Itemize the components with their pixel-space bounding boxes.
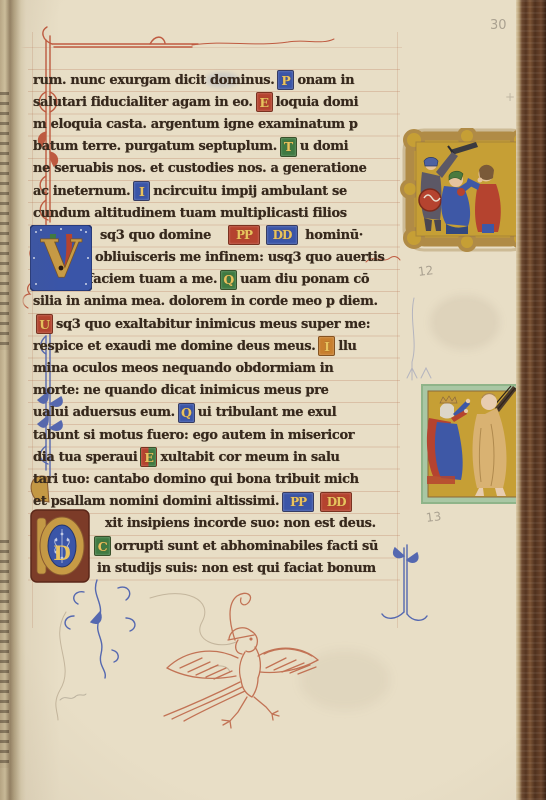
illuminated-initial-t: T bbox=[280, 137, 297, 157]
text-run: ncircuitu impij ambulant se bbox=[153, 184, 347, 199]
manuscript-text-line: morte: ne quando dicat inimicus meus pre bbox=[33, 380, 399, 402]
text-run: silia in anima mea. dolorem in corde meo… bbox=[33, 294, 378, 309]
pencil-plus-mark: + bbox=[505, 90, 515, 104]
manuscript-text-line: salutari fiducialiter agam in eo.Eloquia… bbox=[33, 91, 399, 113]
facing-page-text-sliver bbox=[0, 540, 9, 768]
illuminated-initial-q: Q bbox=[178, 403, 195, 423]
manuscript-text-line: respice et exaudi me domine deus meus.Il… bbox=[33, 335, 399, 357]
text-run: obliuisceris me infinem: usq3 quo auerti… bbox=[95, 250, 385, 265]
illuminated-initial-pp: PP bbox=[282, 492, 314, 512]
manuscript-text-line: rum. nunc exurgam dicit dominus.Ponam in bbox=[33, 69, 399, 91]
text-run: ualui aduersus eum. bbox=[33, 405, 175, 420]
text-run: in studijs suis: non est qui faciat bonu… bbox=[97, 561, 376, 576]
text-run: sq3 quo domine bbox=[100, 228, 211, 243]
text-run: tari tuo: cantabo domino qui bona tribui… bbox=[33, 472, 359, 487]
initial-letter-v: V bbox=[40, 229, 83, 290]
manuscript-text-line: ualui aduersus eum.Qui tribulant me exul bbox=[33, 402, 399, 424]
illuminated-initial-e: E bbox=[140, 447, 157, 467]
harpy-drawing bbox=[150, 588, 340, 730]
text-run: morte: ne quando dicat inimicus meus pre bbox=[33, 383, 329, 398]
text-run: xultabit cor meum in salu bbox=[160, 450, 339, 465]
illuminated-initial-c: C bbox=[94, 536, 111, 556]
text-run: cundum altitudinem tuam multiplicasti fi… bbox=[33, 206, 347, 221]
text-run: tabunt si motus fuero: ego autem in mise… bbox=[33, 428, 354, 443]
manuscript-text-line: Usq3 quo exaltabitur inimicus meus super… bbox=[33, 313, 399, 335]
manuscript-text-line: m eloquia casta. argentum igne examinatu… bbox=[33, 113, 399, 135]
illuminated-initial-e: E bbox=[256, 92, 273, 112]
text-run: uam diu ponam cō bbox=[240, 272, 369, 287]
text-run: faciem tuam a me. bbox=[88, 272, 217, 287]
manuscript-text-line: tari tuo: cantabo domino qui bona tribui… bbox=[33, 468, 399, 490]
text-run: batum terre. purgatum septuplum. bbox=[33, 139, 277, 154]
text-run: dia tua speraui bbox=[33, 450, 137, 465]
miniature-king-and-fool bbox=[421, 384, 524, 504]
text-run: rum. nunc exurgam dicit dominus. bbox=[33, 73, 274, 88]
text-run: respice et exaudi me domine deus meus. bbox=[33, 339, 315, 354]
text-run: xit insipiens incorde suo: non est deus. bbox=[105, 516, 376, 531]
illuminated-initial-i: I bbox=[133, 181, 150, 201]
manuscript-text-line: batum terre. purgatum septuplum.Tu domi bbox=[33, 136, 399, 158]
text-run: sq3 quo exaltabitur inimicus meus super … bbox=[56, 317, 370, 332]
initial-letter-d: D bbox=[53, 541, 70, 565]
manuscript-page: rum. nunc exurgam dicit dominus.Ponam in… bbox=[0, 0, 546, 800]
text-run: loquia domi bbox=[276, 95, 359, 110]
text-run: m eloquia casta. argentum igne examinatu… bbox=[33, 117, 358, 132]
folio-number: 30 bbox=[490, 18, 507, 33]
text-run: onam in bbox=[297, 73, 354, 88]
manuscript-text-line: silia in anima mea. dolorem in corde meo… bbox=[33, 291, 399, 313]
manuscript-text-line: mina oculos meos nequando obdormiam in bbox=[33, 357, 399, 379]
illuminated-initial-u: U bbox=[36, 314, 53, 334]
illuminated-initial-V-large: V bbox=[30, 225, 92, 291]
facing-page-text-sliver bbox=[0, 92, 9, 350]
psalm-text-block: rum. nunc exurgam dicit dominus.Ponam in… bbox=[33, 69, 399, 579]
manuscript-text-line: ne seruabis nos. et custodies nos. a gen… bbox=[33, 158, 399, 180]
text-run: orrupti sunt et abhominabiles facti sū bbox=[114, 539, 378, 554]
text-run: ac ineternum. bbox=[33, 184, 130, 199]
manuscript-text-line: ac ineternum.Incircuitu impij ambulant s… bbox=[33, 180, 399, 202]
book-foredge bbox=[516, 0, 546, 800]
text-run: llu bbox=[338, 339, 356, 354]
illuminated-initial-q: Q bbox=[220, 270, 237, 290]
illuminated-initial-i: I bbox=[318, 336, 335, 356]
text-run: hominū· bbox=[301, 228, 363, 243]
illuminated-initial-p: P bbox=[277, 70, 294, 90]
pencil-note-12: 12 bbox=[417, 263, 434, 279]
parchment-stain bbox=[430, 295, 500, 350]
illuminated-initial-dd: DD bbox=[320, 492, 352, 512]
illuminated-initial-D-large: D bbox=[31, 510, 89, 582]
illuminated-initial-dd: DD bbox=[266, 225, 298, 245]
text-run: ui tribulant me exul bbox=[198, 405, 337, 420]
manuscript-text-line: cundum altitudinem tuam multiplicasti fi… bbox=[33, 202, 399, 224]
manuscript-text-line: dia tua sperauiExultabit cor meum in sal… bbox=[33, 446, 399, 468]
miniature-soldier-scene bbox=[400, 128, 535, 252]
text-run: mina oculos meos nequando obdormiam in bbox=[33, 361, 333, 376]
manuscript-text-line: tabunt si motus fuero: ego autem in mise… bbox=[33, 424, 399, 446]
text-run: et psallam nomini domini altissimi. bbox=[33, 494, 279, 509]
ruling-line-top bbox=[0, 47, 402, 48]
illuminated-initial-pp: PP bbox=[228, 225, 260, 245]
pencil-note-13: 13 bbox=[425, 509, 442, 525]
text-run: ne seruabis nos. et custodies nos. a gen… bbox=[33, 161, 367, 176]
text-run: u domi bbox=[300, 139, 348, 154]
text-run: salutari fiducialiter agam in eo. bbox=[33, 95, 253, 110]
